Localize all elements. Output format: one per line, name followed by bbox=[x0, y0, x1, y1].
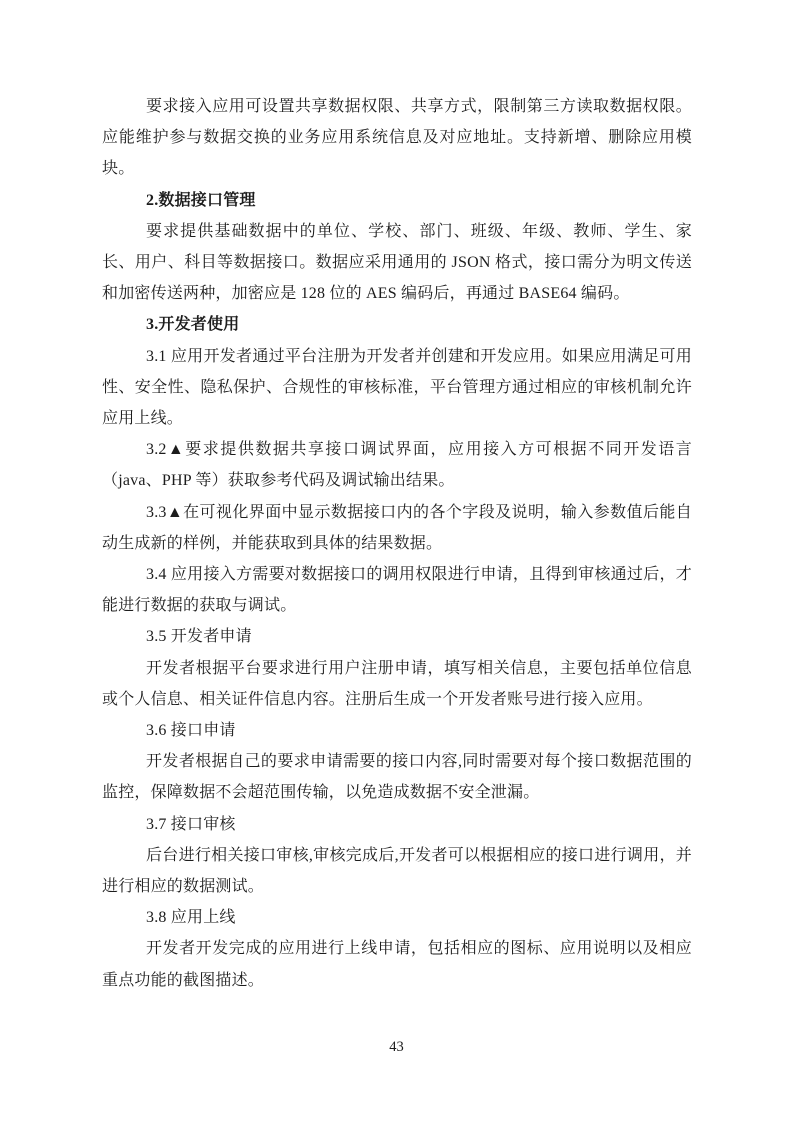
document-page: 要求接入应用可设置共享数据权限、共享方式，限制第三方读取数据权限。应能维护参与数… bbox=[0, 0, 793, 1122]
paragraph-app-launch-description: 开发者开发完成的应用进行上线申请，包括相应的图标、应用说明以及相应重点功能的截图… bbox=[102, 933, 692, 995]
paragraph-3-4-permission-application: 3.4 应用接入方需要对数据接口的调用权限进行申请，且得到审核通过后，才能进行数… bbox=[102, 559, 692, 621]
page-number: 43 bbox=[0, 1036, 793, 1058]
subheading-3-6-interface-application: 3.6 接口申请 bbox=[102, 715, 692, 746]
paragraph-3-2-debug-interface: 3.2▲要求提供数据共享接口调试界面，应用接入方可根据不同开发语言（java、P… bbox=[102, 434, 692, 496]
heading-2-data-interface-management: 2.数据接口管理 bbox=[102, 185, 692, 216]
paragraph-interface-content-request: 开发者根据自己的要求申请需要的接口内容,同时需要对每个接口数据范围的监控，保障数… bbox=[102, 746, 692, 808]
paragraph-3-1-developer-registration: 3.1 应用开发者通过平台注册为开发者并创建和开发应用。如果应用满足可用性、安全… bbox=[102, 341, 692, 435]
subheading-3-8-app-launch: 3.8 应用上线 bbox=[102, 902, 692, 933]
paragraph-3-3-visual-interface: 3.3▲在可视化界面中显示数据接口内的各个字段及说明，输入参数值后能自动生成新的… bbox=[102, 497, 692, 559]
subheading-3-7-interface-review: 3.7 接口审核 bbox=[102, 809, 692, 840]
heading-3-developer-usage: 3.开发者使用 bbox=[102, 309, 692, 340]
paragraph-backend-review: 后台进行相关接口审核,审核完成后,开发者可以根据相应的接口进行调用，并进行相应的… bbox=[102, 840, 692, 902]
document-body: 要求接入应用可设置共享数据权限、共享方式，限制第三方读取数据权限。应能维护参与数… bbox=[102, 91, 692, 996]
subheading-3-5-developer-application: 3.5 开发者申请 bbox=[102, 621, 692, 652]
paragraph-sharing-permissions: 要求接入应用可设置共享数据权限、共享方式，限制第三方读取数据权限。应能维护参与数… bbox=[102, 91, 692, 185]
paragraph-developer-account-info: 开发者根据平台要求进行用户注册申请，填写相关信息，主要包括单位信息或个人信息、相… bbox=[102, 653, 692, 715]
paragraph-basic-data-interfaces: 要求提供基础数据中的单位、学校、部门、班级、年级、教师、学生、家长、用户、科目等… bbox=[102, 216, 692, 310]
